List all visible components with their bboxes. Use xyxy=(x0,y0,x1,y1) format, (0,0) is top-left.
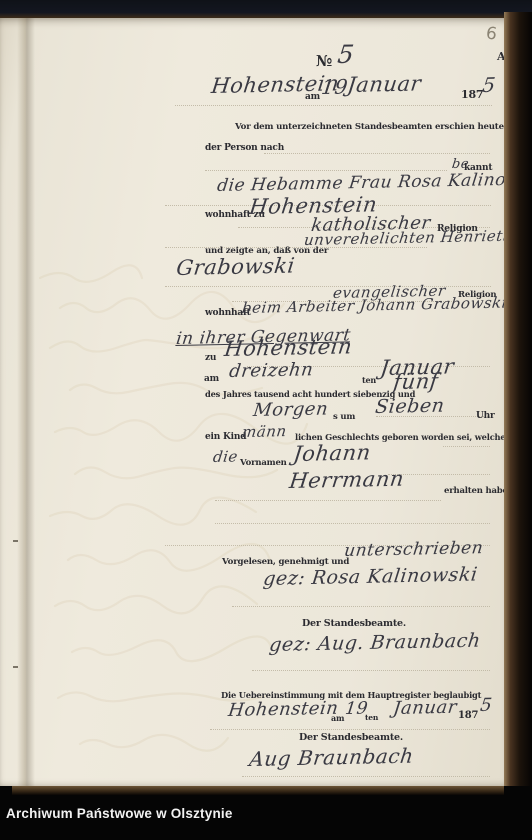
header-day: 19 xyxy=(320,74,349,99)
archive-watermark: Archiwum Państwowe w Olsztynie xyxy=(6,806,233,821)
scanned-registry-page: 6 A. № 5 Hohenstein am 19 Januar 187 5 V… xyxy=(0,0,532,840)
names-article: die xyxy=(212,447,239,466)
mother-name: unverehelichten Henriette xyxy=(303,227,520,249)
cert-month: Januar xyxy=(392,697,458,719)
book-spine-edge xyxy=(504,12,532,788)
cert-am: am xyxy=(331,713,344,723)
record-no-value: 5 xyxy=(336,40,356,69)
declarant-signature: gez: Rosa Kalinowski xyxy=(262,564,479,590)
cert-year-printed: 187 xyxy=(458,710,478,721)
birth-daytime-value: Morgen xyxy=(252,398,329,421)
header-year-printed: 187 xyxy=(461,88,483,101)
intro-line1: Vor dem unterzeichneten Standesbeamten e… xyxy=(235,122,507,132)
signed-hw: unterschrieben xyxy=(343,538,484,561)
intro-line2: der Person nach xyxy=(205,143,284,153)
registrar-signature-1: gez: Aug. Braunbach xyxy=(268,630,482,656)
header-year-digit: 5 xyxy=(481,73,497,97)
scan-bottom-bar: Archiwum Państwowe w Olsztynie xyxy=(0,786,532,840)
cert-day-suffix: ten xyxy=(365,713,378,722)
birth-year-value: fünf xyxy=(392,369,440,394)
names-label: Vornamen xyxy=(240,458,287,468)
page-number-pencil: 6 xyxy=(485,23,499,44)
birth-time-join: s um xyxy=(333,412,355,422)
registrar-label-2: Der Standesbeamte. xyxy=(299,732,403,743)
registrar-label-1: Der Standesbeamte. xyxy=(302,618,406,629)
registrar-signature-2: Aug Braunbach xyxy=(248,744,415,771)
read-approved-printed: Vorgelesen, genehmigt und xyxy=(222,557,349,567)
header-month: Januar xyxy=(346,71,423,97)
birth-place-value: Hohenstein xyxy=(223,334,354,361)
header-am: am xyxy=(305,92,320,102)
page-bottom-edge xyxy=(12,786,504,795)
birth-place-label: zu xyxy=(205,353,216,363)
cert-place: Hohenstein xyxy=(227,698,340,721)
birth-day-value: dreizehn xyxy=(228,359,315,382)
cert-year-digit: 5 xyxy=(479,695,493,716)
mother-surname: Grabowski xyxy=(175,254,296,280)
birth-hour-value: Sieben xyxy=(374,395,446,418)
child-gender-value: männ xyxy=(241,422,288,441)
book-top-edge xyxy=(0,0,532,18)
secondname-value: Herrmann xyxy=(288,467,405,493)
firstname-value: Johann xyxy=(292,440,372,466)
birth-day-suffix: ten xyxy=(362,375,376,385)
received-printed: erhalten habe xyxy=(444,486,508,496)
record-no-symbol: № xyxy=(316,52,332,70)
birth-day-label: am xyxy=(204,374,219,384)
birth-hour-label: Uhr xyxy=(476,411,495,421)
document-page: 6 A. № 5 Hohenstein am 19 Januar 187 5 V… xyxy=(0,18,506,786)
